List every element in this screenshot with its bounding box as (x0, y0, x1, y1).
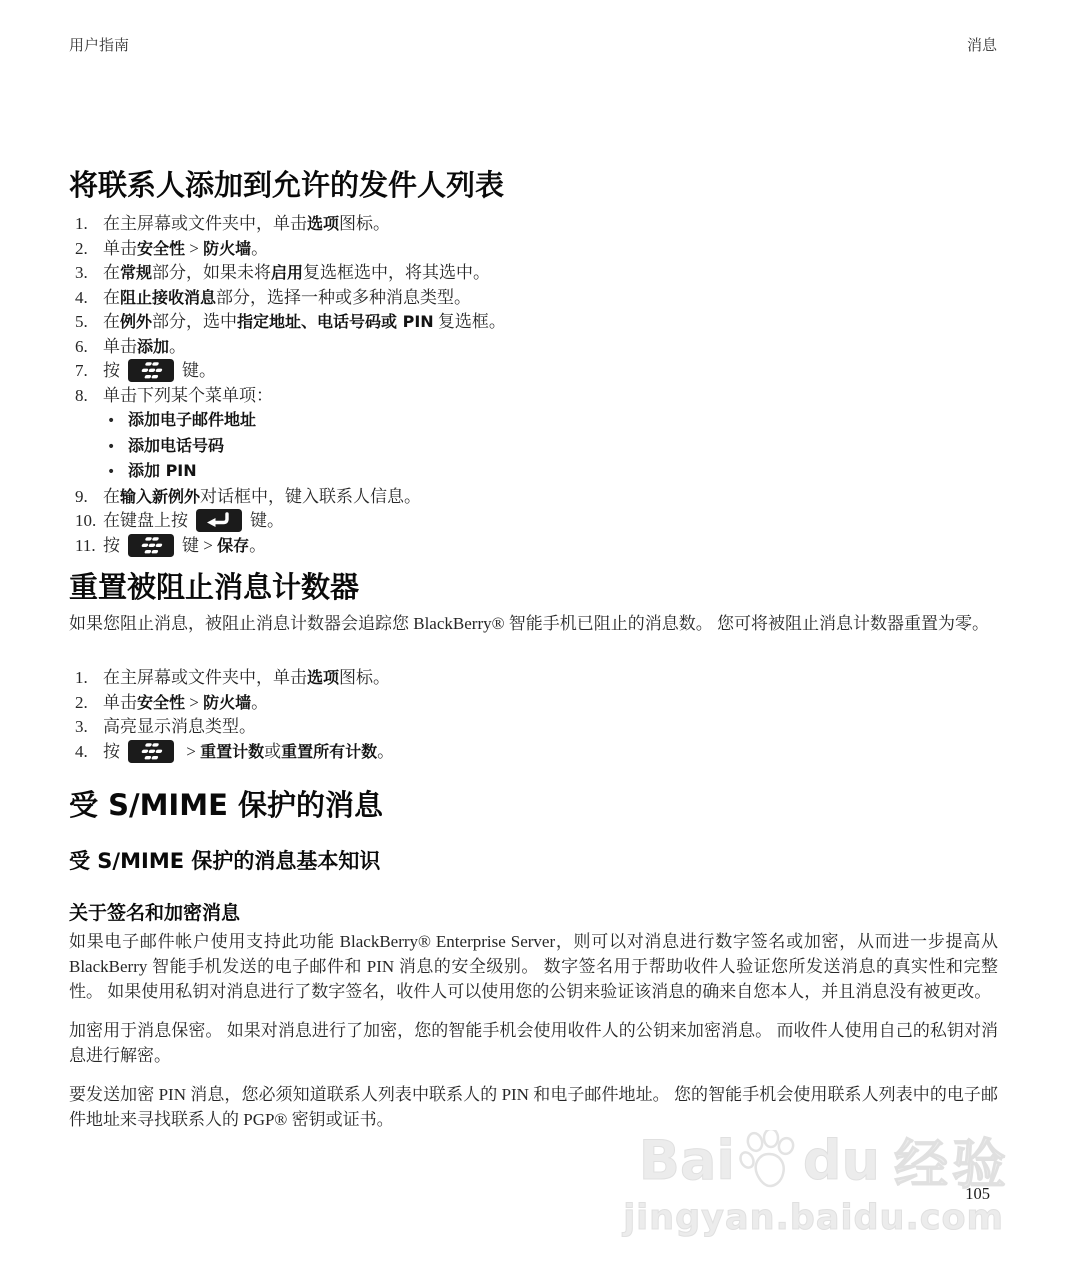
step-number: 9. (69, 485, 103, 510)
ui-term-bold: 防火墙 (203, 239, 251, 258)
step-number: 2. (69, 691, 103, 716)
ui-term-bold: 添加 PIN (128, 461, 197, 480)
step-item: 3.在常规部分，如果未将启用复选框选中，将其选中。 (69, 261, 998, 286)
text-run: 部分，选择一种或多种消息类型。 (216, 288, 471, 307)
step-item: 10.在键盘上按 键。 (69, 509, 998, 534)
watermark-brand-cn: 经验 (894, 1122, 1010, 1199)
section2-title: 重置被阻止消息计数器 (69, 570, 998, 604)
ui-term-bold: 指定地址、电话号码或 PIN (237, 312, 434, 331)
step-text: 高亮显示消息类型。 (103, 715, 998, 740)
step-item: 5.在例外部分，选中指定地址、电话号码或 PIN 复选框。 (69, 310, 998, 335)
text-run: 图标。 (339, 214, 390, 233)
text-run: 单击下列某个菜单项： (103, 386, 273, 405)
ui-term-bold: 阻止接收消息 (120, 288, 216, 307)
text-run: > (185, 693, 203, 712)
step-number: 7. (69, 359, 103, 384)
ui-term-bold: 重置计数 (200, 742, 264, 761)
text-run: 或 (264, 742, 281, 761)
text-run: 部分，如果未将 (152, 263, 271, 282)
step-text: 在例外部分，选中指定地址、电话号码或 PIN 复选框。 (103, 310, 998, 335)
page-number: 105 (965, 1184, 990, 1204)
step-item: 11.按 键 > 保存。 (69, 534, 998, 559)
step-text: 添加电子邮件地址 (128, 408, 998, 433)
text-run: > (182, 742, 200, 761)
step-text: 在阻止接收消息部分，选择一种或多种消息类型。 (103, 286, 998, 311)
baidu-jingyan-watermark: Bai du 经验 (639, 1122, 1010, 1199)
step-item: 4.在阻止接收消息部分，选择一种或多种消息类型。 (69, 286, 998, 311)
ui-term-bold: 选项 (307, 668, 339, 687)
text-run: 对话框中，键入联系人信息。 (200, 487, 421, 506)
ui-term-bold: 启用 (271, 263, 303, 282)
blackberry-menu-key-icon (128, 359, 174, 382)
step-text: 在键盘上按 键。 (103, 509, 998, 534)
ui-term-bold: 安全性 (137, 693, 185, 712)
step-text: 单击安全性 > 防火墙。 (103, 691, 998, 716)
text-run: 复选框选中，将其选中。 (303, 263, 490, 282)
text-run: 。 (169, 337, 186, 356)
body-paragraph: 加密用于消息保密。 如果对消息进行了加密，您的智能手机会使用收件人的公钥来加密消… (69, 1018, 998, 1068)
step-text: 单击安全性 > 防火墙。 (103, 237, 998, 262)
text-run: 按 (103, 361, 120, 380)
text-run: 在主屏幕或文件夹中，单击 (103, 214, 307, 233)
text-run: 复选框。 (434, 312, 506, 331)
text-run: 在 (103, 487, 120, 506)
step-item: 6.单击添加。 (69, 335, 998, 360)
step-number: 4. (69, 740, 103, 765)
ui-term-bold: 例外 (120, 312, 152, 331)
ui-term-bold: 重置所有计数 (281, 742, 377, 761)
ui-term-bold: 添加电话号码 (128, 436, 224, 455)
page-header: 用户指南 消息 (69, 34, 997, 55)
text-run: 键。 (182, 361, 216, 380)
text-run: 在 (103, 263, 120, 282)
text-run: 在 (103, 312, 120, 331)
step-number: 3. (69, 261, 103, 286)
step-number: 6. (69, 335, 103, 360)
bullet-marker: • (107, 409, 128, 434)
step-item: 1.在主屏幕或文件夹中，单击选项图标。 (69, 666, 998, 691)
ui-term-bold: 防火墙 (203, 693, 251, 712)
step-text: 在主屏幕或文件夹中，单击选项图标。 (103, 666, 998, 691)
section3-subtitle: 受 S/MIME 保护的消息基本知识 (69, 848, 998, 874)
ui-term-bold: 选项 (307, 214, 339, 233)
blackberry-menu-key-icon (128, 534, 174, 557)
menu-option-item: •添加电话号码 (69, 434, 998, 460)
step-item: 9.在输入新例外对话框中，键入联系人信息。 (69, 485, 998, 510)
step-text: 按 键。 (103, 359, 998, 384)
step-item: 8.单击下列某个菜单项： (69, 384, 998, 409)
step-number: 10. (69, 509, 103, 534)
step-item: 2.单击安全性 > 防火墙。 (69, 691, 998, 716)
step-item: 2.单击安全性 > 防火墙。 (69, 237, 998, 262)
text-run: 图标。 (339, 668, 390, 687)
ui-term-bold: 保存 (217, 536, 249, 555)
step-item: 4. 按 > 重置计数或重置所有计数。 (69, 740, 998, 765)
step-number: 8. (69, 384, 103, 409)
step-number: 1. (69, 666, 103, 691)
text-run: 键 > (182, 536, 217, 555)
text-run: 部分，选中 (152, 312, 237, 331)
text-run: 按 (103, 742, 120, 761)
step-text: 按 > 重置计数或重置所有计数。 (103, 740, 998, 765)
text-run: 高亮显示消息类型。 (103, 717, 256, 736)
step-item: 1.在主屏幕或文件夹中，单击选项图标。 (69, 212, 998, 237)
ui-term-bold: 添加 (137, 337, 169, 356)
step-text: 在主屏幕或文件夹中，单击选项图标。 (103, 212, 998, 237)
step-number: 3. (69, 715, 103, 740)
header-right-text: 消息 (967, 34, 997, 55)
text-run: 在主屏幕或文件夹中，单击 (103, 668, 307, 687)
text-run: 单击 (103, 239, 137, 258)
ui-term-bold: 添加电子邮件地址 (128, 410, 256, 429)
section1-steps: 1.在主屏幕或文件夹中，单击选项图标。2.单击安全性 > 防火墙。3.在常规部分… (69, 212, 998, 558)
step-text: 在输入新例外对话框中，键入联系人信息。 (103, 485, 998, 510)
step-text: 单击下列某个菜单项： (103, 384, 998, 409)
baidu-paw-icon (737, 1130, 801, 1192)
menu-option-item: •添加 PIN (69, 459, 998, 485)
bullet-marker: • (107, 460, 128, 485)
document-page: 用户指南 消息 将联系人添加到允许的发件人列表 1.在主屏幕或文件夹中，单击选项… (0, 0, 1066, 1280)
step-number: 2. (69, 237, 103, 262)
enter-return-key-icon (196, 509, 242, 532)
step-number: 4. (69, 286, 103, 311)
text-run: > (185, 239, 203, 258)
step-text: 按 键 > 保存。 (103, 534, 998, 559)
step-item: 3.高亮显示消息类型。 (69, 715, 998, 740)
text-run: 在键盘上按 (103, 511, 188, 530)
text-run: 在 (103, 288, 120, 307)
ui-term-bold: 常规 (120, 263, 152, 282)
watermark-brand-right: du (803, 1129, 880, 1192)
text-run: 键。 (250, 511, 284, 530)
section3-paragraphs: 如果电子邮件帐户使用支持此功能 BlackBerry® Enterprise S… (69, 929, 998, 1146)
step-number: 5. (69, 310, 103, 335)
menu-option-item: •添加电子邮件地址 (69, 408, 998, 434)
section2-intro: 如果您阻止消息，被阻止消息计数器会追踪您 BlackBerry® 智能手机已阻止… (69, 611, 998, 636)
section3-title: 受 S/MIME 保护的消息 (69, 788, 998, 822)
section1-title: 将联系人添加到允许的发件人列表 (69, 168, 998, 202)
step-text: 添加 PIN (128, 459, 998, 484)
watermark-brand-left: Bai (639, 1129, 735, 1192)
bullet-marker: • (107, 435, 128, 460)
step-text: 单击添加。 (103, 335, 998, 360)
text-run: 。 (249, 536, 266, 555)
section3-subsubtitle: 关于签名和加密消息 (69, 901, 998, 925)
ui-term-bold: 输入新例外 (120, 487, 200, 506)
step-item: 7.按 键。 (69, 359, 998, 384)
step-number: 1. (69, 212, 103, 237)
header-left-text: 用户指南 (69, 34, 129, 55)
blackberry-menu-key-icon (128, 740, 174, 763)
text-run: 。 (251, 693, 268, 712)
text-run: 。 (251, 239, 268, 258)
section2-steps: 1.在主屏幕或文件夹中，单击选项图标。2.单击安全性 > 防火墙。3.高亮显示消… (69, 666, 998, 764)
step-text: 添加电话号码 (128, 434, 998, 459)
step-number: 11. (69, 534, 103, 559)
text-run: 。 (377, 742, 394, 761)
ui-term-bold: 安全性 (137, 239, 185, 258)
watermark-url: jingyan.baidu.com (623, 1198, 1004, 1238)
text-run: 按 (103, 536, 120, 555)
text-run: 单击 (103, 693, 137, 712)
step-text: 在常规部分，如果未将启用复选框选中，将其选中。 (103, 261, 998, 286)
body-paragraph: 如果电子邮件帐户使用支持此功能 BlackBerry® Enterprise S… (69, 929, 998, 1004)
text-run: 单击 (103, 337, 137, 356)
